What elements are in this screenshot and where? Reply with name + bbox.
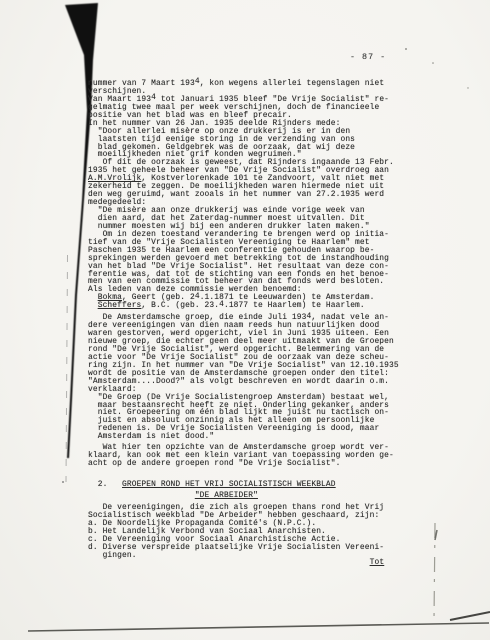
page-number: - 87 - xyxy=(350,52,386,62)
scan-speck xyxy=(467,87,468,88)
text-line: Scheffers, B.C. (geb. 23.4.1877 te Haarl… xyxy=(88,302,448,310)
document-page: - 87 - nummer van 7 Maart 1934, kon wege… xyxy=(0,0,490,640)
corner-fold-line xyxy=(450,612,490,620)
text-line: Tot xyxy=(88,559,448,567)
text-line: "Amsterdam....Dood?" als volgt beschreve… xyxy=(88,378,448,386)
text-line: Amsterdam is niet dood." xyxy=(88,433,448,441)
text-line: acht op de andere groepen rond "De Vrije… xyxy=(88,460,448,468)
scan-speck xyxy=(432,62,434,64)
left-edge-line xyxy=(66,255,68,482)
bottom-page-edge-line xyxy=(28,623,489,631)
text-line: "DE ARBEIDER" xyxy=(88,492,448,500)
typewritten-text: nummer van 7 Maart 1934, kon wegens alle… xyxy=(88,80,448,567)
scan-speck xyxy=(405,48,407,50)
text-line: d. Diverse verspreide plaatselijke Vrije… xyxy=(88,544,448,552)
left-edge-dot xyxy=(62,481,64,483)
text-line: 2. GROEPEN ROND HET VRIJ SOCIALISTISCH W… xyxy=(88,481,448,489)
